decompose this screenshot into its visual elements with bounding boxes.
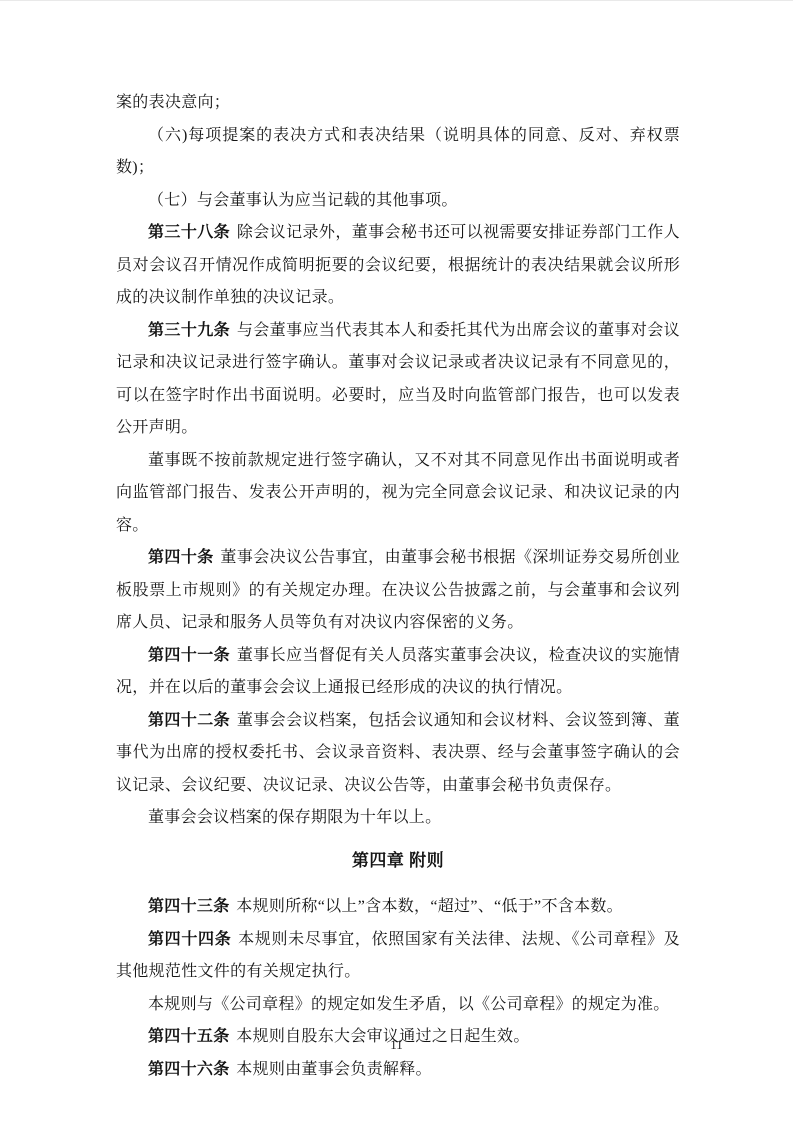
paragraph-text: 本规则与《公司章程》的规定如发生矛盾，以《公司章程》的规定为准。	[148, 996, 670, 1013]
paragraph-text: 董事会会议档案的保存期限为十年以上。	[148, 809, 441, 826]
article-number: 第三十九条	[148, 322, 237, 339]
paragraph-text: 案的表决意向；	[116, 94, 230, 111]
paragraph: 董事既不按前款规定进行签字确认，又不对其不同意见作出书面说明或者向监管部门报告、…	[116, 445, 680, 543]
paragraph: 案的表决意向；	[116, 87, 680, 120]
article-number: 第四十一条	[148, 647, 237, 664]
paragraph: 第四十三条本规则所称“以上”含本数，“超过”、“低于”不含本数。	[116, 891, 680, 924]
paragraph-text: 本规则所称“以上”含本数，“超过”、“低于”不含本数。	[236, 898, 623, 915]
document-page: 案的表决意向；（六)每项提案的表决方式和表决结果（说明具体的同意、反对、弃权票数…	[0, 0, 793, 1123]
paragraph-text: （七）与会董事认为应当记载的其他事项。	[148, 192, 458, 209]
paragraph-text: （六)每项提案的表决方式和表决结果（说明具体的同意、反对、弃权票数)；	[116, 127, 680, 177]
paragraph: 第四十四条本规则未尽事宜，依照国家有关法律、法规、《公司章程》及其他规范性文件的…	[116, 924, 680, 989]
page-footer: 11	[0, 1037, 793, 1053]
paragraph-text: 董事既不按前款规定进行签字确认，又不对其不同意见作出书面说明或者向监管部门报告、…	[116, 452, 680, 534]
document-body: 案的表决意向；（六)每项提案的表决方式和表决结果（说明具体的同意、反对、弃权票数…	[116, 87, 680, 1086]
paragraph: 第三十八条除会议记录外，董事会秘书还可以视需要安排证券部门工作人员对会议召开情况…	[116, 217, 680, 315]
paragraph-text: 本规则由董事会负责解释。	[236, 1061, 432, 1078]
article-number: 第四十二条	[148, 712, 237, 729]
article-number: 第四十条	[148, 549, 220, 566]
paragraph: （六)每项提案的表决方式和表决结果（说明具体的同意、反对、弃权票数)；	[116, 120, 680, 185]
paragraph: 本规则与《公司章程》的规定如发生矛盾，以《公司章程》的规定为准。	[116, 989, 680, 1022]
paragraph: 第四十二条董事会会议档案，包括会议通知和会议材料、会议签到簿、董事代为出席的授权…	[116, 705, 680, 803]
paragraph: 第三十九条与会董事应当代表其本人和委托其代为出席会议的董事对会议记录和决议记录进…	[116, 315, 680, 445]
paragraph: 第四十条董事会决议公告事宜，由董事会秘书根据《深圳证券交易所创业板股票上市规则》…	[116, 542, 680, 640]
article-number: 第四十四条	[148, 931, 238, 948]
section-heading: 第四章 附则	[116, 845, 680, 878]
paragraph: （七）与会董事认为应当记载的其他事项。	[116, 185, 680, 218]
paragraph: 第四十六条本规则由董事会负责解释。	[116, 1054, 680, 1087]
paragraph: 第四十一条董事长应当督促有关人员落实董事会决议，检查决议的实施情况，并在以后的董…	[116, 640, 680, 705]
article-number: 第四十六条	[148, 1061, 236, 1078]
paragraph: 董事会会议档案的保存期限为十年以上。	[116, 802, 680, 835]
page-number: 11	[390, 1037, 403, 1052]
article-number: 第四十三条	[148, 898, 236, 915]
article-number: 第三十八条	[148, 224, 237, 241]
